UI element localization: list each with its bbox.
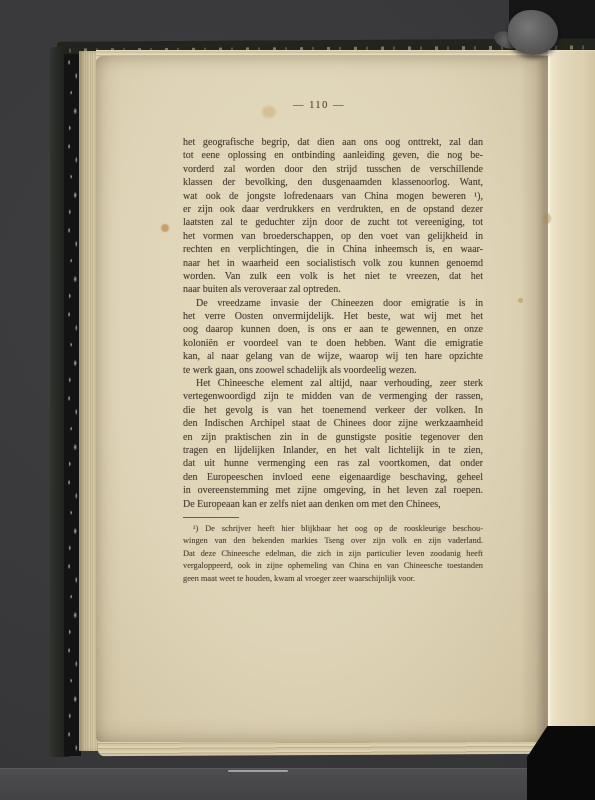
text-line: te werk gaan, ons zoowel schadelijk als … bbox=[183, 364, 483, 377]
footnote-rule bbox=[183, 517, 239, 518]
text-line: en zijn praktischen zin in de gunstigste… bbox=[183, 431, 483, 444]
text-line: naar buiten als veroveraar zal optreden. bbox=[183, 283, 483, 296]
text-line: laatsten zal te geduchter zijn door de z… bbox=[183, 216, 483, 229]
text-line: het verre Oosten onvermijdelijk. Het bes… bbox=[183, 310, 483, 323]
text-line: er zijn ook daar verdrukkers en verdrukt… bbox=[183, 203, 483, 216]
scan-platform bbox=[0, 768, 595, 800]
text-line: De Europeaan kan er zelfs niet aan denke… bbox=[183, 498, 483, 511]
text-line: oog daarop kunnen doen, is ons er aan te… bbox=[183, 323, 483, 336]
page-clip bbox=[508, 10, 558, 55]
text-line: den Indischen Archipel staat de Chinees … bbox=[183, 417, 483, 430]
gutter-crease bbox=[520, 56, 548, 742]
body-text: het geografische begrip, dat dien aan on… bbox=[183, 136, 483, 511]
text-line: dat uit hunne vermenging een ras zal voo… bbox=[183, 457, 483, 470]
page-text-block: — 110 — het geografische begrip, dat die… bbox=[183, 99, 483, 585]
text-line: kan, al naar gelang van de wijze, waarop… bbox=[183, 350, 483, 363]
text-line: vertegenwoordigd zijn te midden van de v… bbox=[183, 390, 483, 403]
page-number-header: — 110 — bbox=[169, 99, 469, 113]
foxing-stain bbox=[161, 224, 169, 232]
book-scan-photo: — 110 — het geografische begrip, dat die… bbox=[0, 0, 595, 800]
text-line: tragen en lijdelijken Inlander, en het v… bbox=[183, 444, 483, 457]
text-line: het vormen van broederschappen, op den v… bbox=[183, 230, 483, 243]
text-line: tot eene oplossing en ontbinding aanleid… bbox=[183, 149, 483, 162]
facing-page-margin bbox=[548, 50, 595, 738]
foxing-stain bbox=[518, 298, 523, 303]
text-line: worden. Van zulk een volk is het niet te… bbox=[183, 270, 483, 283]
text-line: rechten en verplichtingen, die in China … bbox=[183, 243, 483, 256]
text-line: ¹) De schrijver heeft hier blijkbaar het… bbox=[183, 523, 483, 536]
text-line: vergaloppeerd, ook in zijne ophemeling v… bbox=[183, 560, 483, 573]
text-line: koloniën er voordeel van te doen hebben.… bbox=[183, 337, 483, 350]
platform-glint bbox=[228, 770, 288, 772]
text-line: het geografische begrip, dat dien aan on… bbox=[183, 136, 483, 149]
foxing-stain bbox=[543, 213, 551, 224]
text-line: die het gevolg is van het toenemend verk… bbox=[183, 404, 483, 417]
text-line: De vreedzame invasie der Chineezen door … bbox=[183, 297, 483, 310]
text-line: den Europeeschen invloed eene eigenaardi… bbox=[183, 471, 483, 484]
footnote-text: ¹) De schrijver heeft hier blijkbaar het… bbox=[183, 523, 483, 586]
text-line: Het Chineesche element zal altijd, naar … bbox=[183, 377, 483, 390]
text-line: naar het in waarheid een socialistisch v… bbox=[183, 257, 483, 270]
text-line: wat ook de jongste lofredenaars van Chin… bbox=[183, 190, 483, 203]
text-line: klassen der bevolking, den dusgenaamden … bbox=[183, 176, 483, 189]
text-line: vorderd zal worden door den strijd tussc… bbox=[183, 163, 483, 176]
text-line: wingen van den bekenden markies Tseng ov… bbox=[183, 535, 483, 548]
text-line: Dat deze Chineesche edelman, die zich in… bbox=[183, 548, 483, 561]
text-line: geen maat weet te houden, kwam al vroege… bbox=[183, 573, 483, 586]
text-line: in overeenstemming met zijne omgeving, i… bbox=[183, 484, 483, 497]
